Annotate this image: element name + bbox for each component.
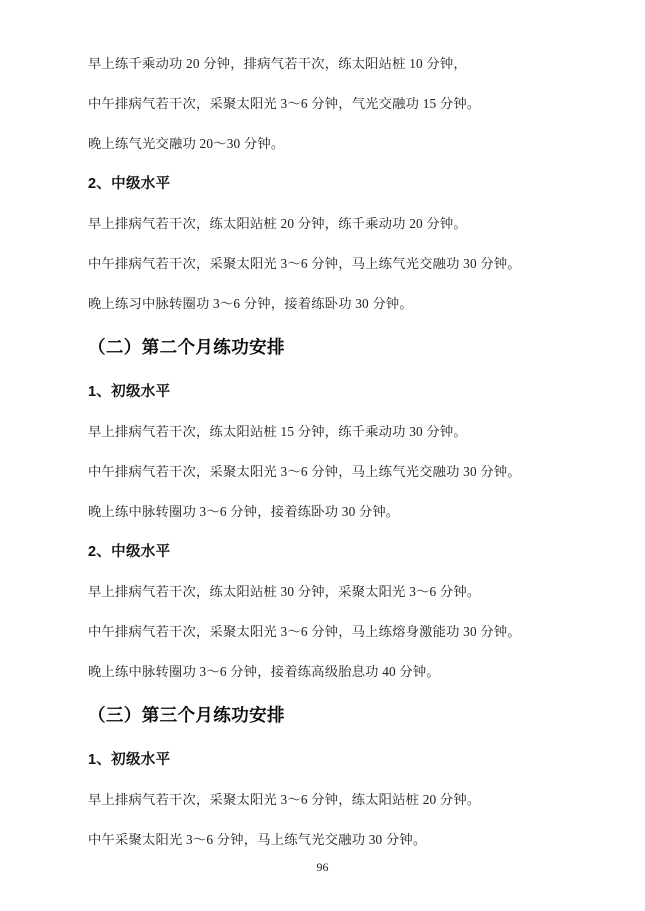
document-content: 早上练千乘动功 20 分钟，排病气若干次，练太阳站桩 10 分钟， 中午排病气若… [88, 57, 590, 873]
paragraph: 早上排病气若干次，练太阳站桩 20 分钟，练千乘动功 20 分钟。 [88, 217, 590, 231]
document-page: 早上练千乘动功 20 分钟，排病气若干次，练太阳站桩 10 分钟， 中午排病气若… [0, 0, 645, 911]
paragraph: 晚上练气光交融功 20～30 分钟。 [88, 137, 590, 151]
paragraph: 晚上练习中脉转圈功 3～6 分钟，接着练卧功 30 分钟。 [88, 297, 590, 311]
paragraph: 晚上练中脉转圈功 3～6 分钟，接着练卧功 30 分钟。 [88, 505, 590, 519]
paragraph: 早上排病气若干次，练太阳站桩 30 分钟，采聚太阳光 3～6 分钟。 [88, 585, 590, 599]
paragraph: 中午采聚太阳光 3～6 分钟，马上练气光交融功 30 分钟。 [88, 833, 590, 847]
paragraph: 早上排病气若干次，采聚太阳光 3～6 分钟，练太阳站桩 20 分钟。 [88, 793, 590, 807]
paragraph: 早上排病气若干次，练太阳站桩 15 分钟，练千乘动功 30 分钟。 [88, 425, 590, 439]
paragraph: 中午排病气若干次，采聚太阳光 3～6 分钟，马上练气光交融功 30 分钟。 [88, 465, 590, 479]
section-heading: （三）第三个月练功安排 [88, 705, 590, 725]
section-heading: （二）第二个月练功安排 [88, 337, 590, 357]
subsection-heading: 1、初级水平 [88, 385, 590, 400]
page-number: 96 [0, 860, 645, 875]
paragraph: 晚上练中脉转圈功 3～6 分钟，接着练高级胎息功 40 分钟。 [88, 665, 590, 679]
paragraph: 中午排病气若干次，采聚太阳光 3～6 分钟，马上练熔身激能功 30 分钟。 [88, 625, 590, 639]
paragraph: 早上练千乘动功 20 分钟，排病气若干次，练太阳站桩 10 分钟， [88, 57, 590, 71]
paragraph: 中午排病气若干次，采聚太阳光 3～6 分钟，马上练气光交融功 30 分钟。 [88, 257, 590, 271]
subsection-heading: 2、中级水平 [88, 545, 590, 560]
subsection-heading: 1、初级水平 [88, 753, 590, 768]
subsection-heading: 2、中级水平 [88, 177, 590, 192]
paragraph: 中午排病气若干次，采聚太阳光 3～6 分钟，气光交融功 15 分钟。 [88, 97, 590, 111]
